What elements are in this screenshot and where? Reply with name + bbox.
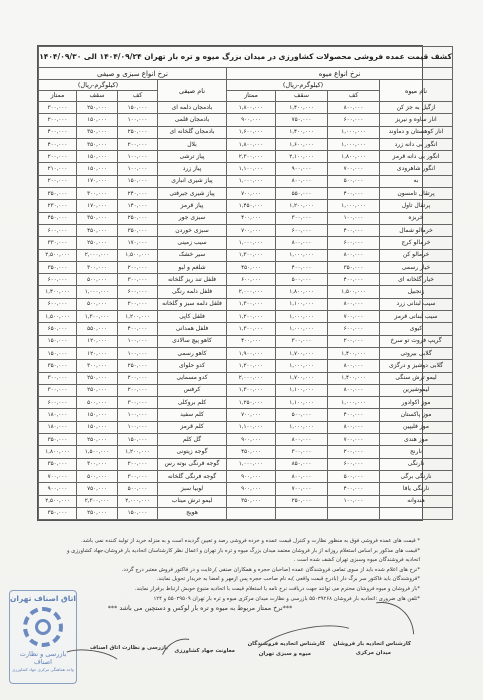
veg-ceiling-cell: ۱,۵۰۰,۰۰۰ [77, 446, 118, 458]
fruit-premium-cell: ۱,۸۰۰,۰۰۰ [227, 138, 276, 150]
veg-ceiling-cell: ۲۵۰,۰۰۰ [77, 384, 118, 396]
veg-name-cell: کاهو رسمی [158, 347, 227, 359]
fruit-premium-cell: ۴۵۰,۰۰۰ [227, 261, 276, 273]
veg-ceiling-cell: ۵۰۰,۰۰۰ [77, 274, 118, 286]
footnote: *تلفن های ضروری :اتحادیه بار فروشان ۵۵۰۳… [40, 595, 420, 605]
veg-name-cell: کلم سفید [158, 409, 227, 421]
fruit-ceiling-cell: ۱,۷۰۰,۰۰۰ [276, 347, 328, 359]
fruit-premium-cell [227, 507, 276, 519]
fruit-ceiling-cell: ۷۰۰,۰۰۰ [276, 483, 328, 495]
fruit-premium-cell: ۱,۱۰۰,۰۰۰ [227, 421, 276, 433]
veg-name-cell: لیمو ترش میناب [158, 495, 227, 507]
table-row: گلابی دوشیز و درگزی۸۰۰,۰۰۰۱,۰۰۰,۰۰۰۱,۲۰۰… [39, 360, 453, 372]
fruit-name-cell: گلابی بیروتی [380, 347, 453, 359]
footnote: *بار فروشان و میوه فروشان محترم می توانن… [40, 585, 420, 595]
fruit-ceiling-cell: ۱,۰۰۰,۰۰۰ [276, 311, 328, 323]
fruit-premium-cell: ۹۰۰,۰۰۰ [227, 434, 276, 446]
fruit-floor-cell: ۸۰۰,۰۰۰ [328, 102, 380, 114]
veg-premium-cell: ۲,۵۰۰,۰۰۰ [39, 495, 77, 507]
veg-premium-cell: ۱,۵۰۰,۰۰۰ [39, 311, 77, 323]
veg-floor-cell: ۲,۰۰۰,۰۰۰ [118, 495, 158, 507]
fruit-ceiling-cell: ۱,۱۰۰,۰۰۰ [276, 397, 328, 409]
fruit-floor-cell: ۴۰۰,۰۰۰ [328, 483, 380, 495]
fruit-floor-cell: ۳۵۰,۰۰۰ [328, 261, 380, 273]
fruit-premium-cell: ۱,۰۰۰,۰۰۰ [227, 175, 276, 187]
veg-premium-cell: ۳۵۰,۰۰۰ [39, 360, 77, 372]
veg-name-cell: گوجه فرنگی بوته رس [158, 458, 227, 470]
fruit-premium-cell: ۱,۴۵۰,۰۰۰ [227, 200, 276, 212]
veg-floor-cell: ۳۰۰,۰۰۰ [118, 397, 158, 409]
fruit-name-cell: پرتقال تامسون [380, 188, 453, 200]
fruit-premium-cell: ۷۰۰,۰۰۰ [227, 409, 276, 421]
fruit-premium-cell: ۱,۲۰۰,۰۰۰ [227, 360, 276, 372]
veg-ceiling-cell: ۱,۰۰۰,۰۰۰ [77, 286, 118, 298]
table-row: خرمالو کن۸۰۰,۰۰۰۱,۰۰۰,۰۰۰۱,۳۰۰,۰۰۰سیر خش… [39, 249, 453, 261]
fruit-premium-cell: ۷۰۰,۰۰۰ [227, 224, 276, 236]
veg-ceiling-cell: ۷۵۰,۰۰۰ [77, 483, 118, 495]
veg-premium-cell: ۱۸۰,۰۰۰ [39, 421, 77, 433]
veg-ceiling-cell: ۱۵۰,۰۰۰ [77, 163, 118, 175]
veg-premium-cell: ۴۵۰,۰۰۰ [39, 212, 77, 224]
fruit-floor-cell: ۸۰۰,۰۰۰ [328, 360, 380, 372]
table-row: سیب لبنانی قرمز۷۰۰,۰۰۰۱,۰۰۰,۰۰۰۱,۲۰۰,۰۰۰… [39, 311, 453, 323]
veg-floor-cell: ۵۰۰,۰۰۰ [118, 483, 158, 495]
veg-floor-cell: ۳۵۰,۰۰۰ [118, 224, 158, 236]
veg-premium-cell: ۳۵۰,۰۰۰ [39, 434, 77, 446]
veg-premium-cell: ۳۵۰,۰۰۰ [39, 458, 77, 470]
fruit-name-cell: انگور بی دانه زرد [380, 138, 453, 150]
table-row: به۵۰۰,۰۰۰۸۰۰,۰۰۰۱,۰۰۰,۰۰۰پیاز شیری انبار… [39, 175, 453, 187]
veg-floor-cell: ۲۵۰,۰۰۰ [118, 360, 158, 372]
fruit-ceiling-cell: ۳۰۰,۰۰۰ [276, 446, 328, 458]
signature-scribble [155, 632, 207, 681]
fruit-floor-cell: ۶۰۰,۰۰۰ [328, 323, 380, 335]
veg-name-cell: بادمجان دلمه ای [158, 102, 227, 114]
veg-premium-cell: ۶۰۰,۰۰۰ [39, 298, 77, 310]
table-row: ازگیل به جز کن۸۰۰,۰۰۰۱,۴۰۰,۰۰۰۱,۸۰۰,۰۰۰ب… [39, 102, 453, 114]
veg-floor-cell: ۲۰۰,۰۰۰ [118, 384, 158, 396]
veg-name-cell: سیر خشک [158, 249, 227, 261]
veg-ceiling-cell: ۱۲۰,۰۰۰ [77, 347, 118, 359]
fruit-ceiling-cell: ۵۰۰,۰۰۰ [276, 274, 328, 286]
veg-name-cell: کاهو پیچ سالادی [158, 335, 227, 347]
fruit-name-cell: به [380, 175, 453, 187]
fruit-name-cell: کیوی [380, 323, 453, 335]
table-row: خرمالو کرج۶۰۰,۰۰۰۸۰۰,۰۰۰۱,۰۰۰,۰۰۰سیب زمی… [39, 237, 453, 249]
veg-floor-cell: ۲۰۰,۰۰۰ [118, 138, 158, 150]
veg-ceiling-cell: ۳۵۰,۰۰۰ [77, 138, 118, 150]
fruit-floor-cell: ۱,۰۰۰,۰۰۰ [328, 200, 380, 212]
veg-floor-cell: ۶۰۰,۰۰۰ [118, 286, 158, 298]
fruit-premium-cell: ۱,۱۰۰,۰۰۰ [227, 163, 276, 175]
fruit-ceiling-cell: ۱,۰۰۰,۰۰۰ [276, 360, 328, 372]
fruit-floor-cell: ۷۰۰,۰۰۰ [328, 163, 380, 175]
footnote: اتحادیه فروشندگان میوه وسبزی تهران کشف ش… [40, 556, 420, 566]
veg-name-cell: سبزی جور [158, 212, 227, 224]
fruit-ceiling-cell: ۸۵۰,۰۰۰ [276, 458, 328, 470]
fruit-floor-cell: ۶۰۰,۰۰۰ [328, 458, 380, 470]
fruit-floor-cell: ۲۰۰,۰۰۰ [328, 335, 380, 347]
fruit-floor-cell: ۱,۰۰۰,۰۰۰ [328, 126, 380, 138]
fruit-name-cell: موز هندی [380, 434, 453, 446]
fruit-floor-cell: ۱,۸۰۰,۰۰۰ [328, 151, 380, 163]
veg-name-cell: گوجه فرنگی گلخانه [158, 470, 227, 482]
veg-floor-cell: ۱۵۰,۰۰۰ [118, 175, 158, 187]
veg-premium-cell: ۶۰۰,۰۰۰ [39, 224, 77, 236]
veg-ceiling-cell: ۳۰۰,۰۰۰ [77, 458, 118, 470]
fruit-floor-cell: ۴۰۰,۰۰۰ [328, 188, 380, 200]
veg-ceiling-cell: ۴۵۰,۰۰۰ [77, 224, 118, 236]
veg-section-title: نرخ انواع سبزی و صیفی [39, 68, 227, 80]
gear-logo-icon [23, 607, 63, 647]
fruit-name-cell: نارنج [380, 446, 453, 458]
veg-floor-cell: ۲۴۰,۰۰۰ [118, 188, 158, 200]
fruit-floor-cell: ۸۰۰,۰۰۰ [328, 298, 380, 310]
fruit-name-cell: موز پاکستان [380, 409, 453, 421]
veg-floor-cell: ۱,۵۰۰,۰۰۰ [118, 249, 158, 261]
stamp-title: اتاق اصناف تهران [10, 594, 76, 603]
fruit-name-cell: انگور شاهرودی [380, 163, 453, 175]
veg-name-cell: لوبیا سبز [158, 483, 227, 495]
fruit-premium-cell: ۱,۲۰۰,۰۰۰ [227, 311, 276, 323]
table-row: خیار گلخانه ای۴۰۰,۰۰۰۵۰۰,۰۰۰۶۰۰,۰۰۰فلفل … [39, 274, 453, 286]
fruit-premium-cell: ۱,۶۰۰,۰۰۰ [227, 126, 276, 138]
table-row: خربزه۱۰۰,۰۰۰۳۰۰,۰۰۰۴۰۰,۰۰۰سبزی جور۲۵۰,۰۰… [39, 212, 453, 224]
veg-name-cell: پیاز شیری انباری [158, 175, 227, 187]
table-row: نارنگی یافا۴۰۰,۰۰۰۷۰۰,۰۰۰۹۰۰,۰۰۰لوبیا سب… [39, 483, 453, 495]
veg-name-cell: پیاز شیری جیرفتی [158, 188, 227, 200]
price-table: کشف قیمت عمده فروشی محصولات کشاورزی در م… [37, 45, 423, 521]
veg-premium-cell: ۳۳۰,۰۰۰ [39, 237, 77, 249]
veg-ceiling-cell: ۱,۳۰۰,۰۰۰ [77, 311, 118, 323]
veg-premium-cell: ۶۵۰,۰۰۰ [39, 323, 77, 335]
fruit-unit-label: (کیلوگرم-ریال) [227, 80, 380, 91]
fruit-floor-cell: ۱,۰۰۰,۰۰۰ [328, 138, 380, 150]
veg-name-cell: سیب زمینی [158, 237, 227, 249]
veg-ceiling-cell: ۲۵۰,۰۰۰ [77, 372, 118, 384]
veg-floor-header: کف [118, 91, 158, 102]
fruit-name-cell [380, 507, 453, 519]
fruit-ceiling-cell: ۱,۰۰۰,۰۰۰ [276, 249, 328, 261]
fruit-name-cell: نارنگی یافا [380, 483, 453, 495]
table-row: موز فلیپین۸۰۰,۰۰۰۱,۰۰۰,۰۰۰۱,۱۰۰,۰۰۰کلم ق… [39, 421, 453, 433]
veg-premium-cell: ۷۰۰,۰۰۰ [39, 470, 77, 482]
veg-floor-cell: ۲۵۰,۰۰۰ [118, 126, 158, 138]
veg-premium-cell: ۳۰۰,۰۰۰ [39, 372, 77, 384]
veg-premium-cell: ۱,۸۰۰,۰۰۰ [39, 446, 77, 458]
document-page: کشف قیمت عمده فروشی محصولات کشاورزی در م… [0, 0, 483, 700]
fruit-premium-cell: ۲,۰۰۰,۰۰۰ [227, 372, 276, 384]
veg-floor-cell: ۱۴۰,۰۰۰ [118, 200, 158, 212]
table-row: خیار رسمی۳۵۰,۰۰۰۴۰۰,۰۰۰۴۵۰,۰۰۰شلغم و لبو… [39, 261, 453, 273]
veg-floor-cell: ۱۰۰,۰۰۰ [118, 114, 158, 126]
veg-floor-cell: ۱۰۰,۰۰۰ [118, 421, 158, 433]
fruit-name-cell: انگور بی دانه قرمز [380, 151, 453, 163]
veg-floor-cell: ۱۰۰,۰۰۰ [118, 335, 158, 347]
fruit-name-cell: انار کوهستان و دماوند [380, 126, 453, 138]
fruit-name-cell: زنجبیل [380, 286, 453, 298]
table-row: انگور بی دانه قرمز۱,۸۰۰,۰۰۰۲,۱۰۰,۰۰۰۲,۳۰… [39, 151, 453, 163]
veg-floor-cell: ۱,۲۰۰,۰۰۰ [118, 311, 158, 323]
fruit-name-cell: خیار گلخانه ای [380, 274, 453, 286]
veg-name-cell: پیاز زرد [158, 163, 227, 175]
fruit-name-cell: گریپ فروت تو سرخ [380, 335, 453, 347]
fruit-premium-cell: ۱,۳۰۰,۰۰۰ [227, 384, 276, 396]
veg-premium-cell: ۱,۴۰۰,۰۰۰ [39, 286, 77, 298]
veg-ceiling-cell: ۵۰۰,۰۰۰ [77, 397, 118, 409]
veg-name-cell: فلفل دلمه سبز و گلخانه [158, 298, 227, 310]
veg-ceiling-cell: ۳۵۰,۰۰۰ [77, 126, 118, 138]
fruit-premium-cell: ۲,۰۰۰,۰۰۰ [227, 286, 276, 298]
fruit-floor-cell: ۱,۴۰۰,۰۰۰ [328, 347, 380, 359]
veg-ceiling-cell: ۱۲۰,۰۰۰ [77, 335, 118, 347]
fruit-floor-cell: ۷۰۰,۰۰۰ [328, 434, 380, 446]
veg-premium-cell: ۴۰۰,۰۰۰ [39, 126, 77, 138]
footnote: *نرخ های اعلام شده باید از سوی تمامی فرو… [40, 566, 420, 576]
fruit-premium-cell: ۱,۰۰۰,۰۰۰ [227, 458, 276, 470]
veg-name-cell: فلفل کاپی [158, 311, 227, 323]
table-row: لیموشیرین۸۰۰,۰۰۰۱,۱۰۰,۰۰۰۱,۳۰۰,۰۰۰کرفس۲۰… [39, 384, 453, 396]
veg-premium-cell: ۴۰۰,۰۰۰ [39, 138, 77, 150]
veg-floor-cell: ۱۷۰,۰۰۰ [118, 237, 158, 249]
fruit-premium-cell: ۱,۹۰۰,۰۰۰ [227, 347, 276, 359]
stamp-small-text: واحد هماهنگی مرکزی جهاد کشاورزی [10, 667, 76, 672]
fruit-premium-cell: ۴۰۰,۰۰۰ [227, 212, 276, 224]
veg-ceiling-cell: ۵۰۰,۰۰۰ [77, 298, 118, 310]
veg-floor-cell: ۱۰۰,۰۰۰ [118, 163, 158, 175]
fruit-name-cell: موز فلیپین [380, 421, 453, 433]
fruit-ceiling-cell: ۱,۸۰۰,۰۰۰ [276, 286, 328, 298]
veg-ceiling-cell: ۱۷۰,۰۰۰ [77, 200, 118, 212]
veg-floor-cell: ۱,۲۰۰,۰۰۰ [118, 446, 158, 458]
veg-premium-cell: ۹۰۰,۰۰۰ [39, 483, 77, 495]
table-row: پرتقال تاول۱,۰۰۰,۰۰۰۱,۲۰۰,۰۰۰۱,۴۵۰,۰۰۰پی… [39, 200, 453, 212]
fruit-ceiling-cell: ۷۵۰,۰۰۰ [276, 114, 328, 126]
fruit-name-cell: سیب لبنانی قرمز [380, 311, 453, 323]
veg-ceiling-cell: ۱۵۰,۰۰۰ [77, 409, 118, 421]
fruit-name-cell: نارنگی [380, 458, 453, 470]
veg-premium-cell: ۱۵۰,۰۰۰ [39, 335, 77, 347]
table-row: خرمالو شمال۴۰۰,۰۰۰۶۰۰,۰۰۰۷۰۰,۰۰۰سبزی خور… [39, 224, 453, 236]
footnote: *قیمت های مذکور بر اساس استعلام روزانه ا… [40, 547, 420, 557]
table-row: پرتقال تامسون۴۰۰,۰۰۰۵۵۰,۰۰۰۷۰۰,۰۰۰پیاز ش… [39, 188, 453, 200]
fruit-floor-cell: ۲۰۰,۰۰۰ [328, 446, 380, 458]
fruit-ceiling-cell: ۵۵۰,۰۰۰ [276, 188, 328, 200]
veg-floor-cell: ۱۰۰,۰۰۰ [118, 151, 158, 163]
veg-floor-cell: ۱۵۰,۰۰۰ [118, 507, 158, 519]
veg-name-cell: شلغم و لبو [158, 261, 227, 273]
fruit-premium-cell: ۱,۳۰۰,۰۰۰ [227, 298, 276, 310]
veg-name-cell: فلفل همدانی [158, 323, 227, 335]
fruit-ceiling-header: سقف [276, 91, 328, 102]
fruit-floor-cell: ۴۰۰,۰۰۰ [328, 224, 380, 236]
fruit-ceiling-cell: ۸۰۰,۰۰۰ [276, 470, 328, 482]
fruit-premium-cell: ۱,۳۰۰,۰۰۰ [227, 249, 276, 261]
veg-floor-cell: ۲۵۰,۰۰۰ [118, 212, 158, 224]
veg-name-cell: بادمجان گلخانه ای [158, 126, 227, 138]
table-row: موز هندی۷۰۰,۰۰۰۸۰۰,۰۰۰۹۰۰,۰۰۰گل کلم۱۵۰,۰… [39, 434, 453, 446]
veg-name-cell: فلفل تند ریز گلخانه [158, 274, 227, 286]
fruit-name-cell: لیموشیرین [380, 384, 453, 396]
veg-name-cell: کدو مسمایی [158, 372, 227, 384]
table-row: نارنگی۶۰۰,۰۰۰۸۵۰,۰۰۰۱,۰۰۰,۰۰۰گوجه فرنگی … [39, 458, 453, 470]
table-row: انگور بی دانه زرد۱,۰۰۰,۰۰۰۱,۶۰۰,۰۰۰۱,۸۰۰… [39, 138, 453, 150]
fruit-ceiling-cell: ۸۰۰,۰۰۰ [276, 175, 328, 187]
veg-premium-cell: ۳۵۰,۰۰۰ [39, 507, 77, 519]
fruit-name-header: نام میوه [380, 80, 453, 102]
veg-premium-cell: ۳۵۰,۰۰۰ [39, 261, 77, 273]
fruit-ceiling-cell: ۱,۰۰۰,۰۰۰ [276, 323, 328, 335]
veg-name-cell: هویج [158, 507, 227, 519]
fruit-floor-header: کف [328, 91, 380, 102]
fruit-premium-cell: ۴۰۰,۰۰۰ [227, 335, 276, 347]
veg-floor-cell: ۲۰۰,۰۰۰ [118, 372, 158, 384]
veg-name-cell: گوجه زیتونی [158, 446, 227, 458]
table-row: هندوانه۱۰۰,۰۰۰۲۵۰,۰۰۰۳۵۰,۰۰۰لیمو ترش مین… [39, 495, 453, 507]
fruit-floor-cell: ۵۰۰,۰۰۰ [328, 175, 380, 187]
table-row: انگور شاهرودی۷۰۰,۰۰۰۹۰۰,۰۰۰۱,۱۰۰,۰۰۰پیاز… [39, 163, 453, 175]
fruit-ceiling-cell: ۵۰۰,۰۰۰ [276, 409, 328, 421]
fruit-floor-cell: ۸۰۰,۰۰۰ [328, 384, 380, 396]
fruit-floor-cell [328, 507, 380, 519]
veg-premium-cell: ۲۰۰,۰۰۰ [39, 114, 77, 126]
veg-ceiling-cell: ۱۵۰,۰۰۰ [77, 114, 118, 126]
table-row: سیب لبنانی زرد۸۰۰,۰۰۰۱,۱۰۰,۰۰۰۱,۳۰۰,۰۰۰ف… [39, 298, 453, 310]
veg-ceiling-cell: ۱۷۰,۰۰۰ [77, 175, 118, 187]
fruit-ceiling-cell [276, 507, 328, 519]
veg-ceiling-cell: ۳۰۰,۰۰۰ [77, 360, 118, 372]
table-row: انار ساوه و نیریز۶۰۰,۰۰۰۷۵۰,۰۰۰۹۰۰,۰۰۰با… [39, 114, 453, 126]
veg-name-cell: سبزی خوردن [158, 224, 227, 236]
fruit-ceiling-cell: ۱,۶۰۰,۰۰۰ [276, 138, 328, 150]
fruit-ceiling-cell: ۸۰۰,۰۰۰ [276, 434, 328, 446]
veg-floor-cell: ۱۰۰,۰۰۰ [118, 409, 158, 421]
footnote: * قیمت های عمده فروشی فوق به منظور نظارت… [40, 537, 420, 547]
veg-ceiling-cell: ۲,۰۰۰,۰۰۰ [77, 249, 118, 261]
veg-ceiling-cell: ۲۵۰,۰۰۰ [77, 102, 118, 114]
veg-premium-header: ممتاز [39, 91, 77, 102]
veg-name-cell: فلفل دلمه رنگی [158, 286, 227, 298]
fruit-name-cell: لیمو ترش سنگی [380, 372, 453, 384]
fruit-floor-cell: ۴۰۰,۰۰۰ [328, 409, 380, 421]
veg-floor-cell: ۲۰۰,۰۰۰ [118, 261, 158, 273]
veg-name-cell: کلم قرمز [158, 421, 227, 433]
fruit-floor-cell: ۸۰۰,۰۰۰ [328, 421, 380, 433]
table-row: موز اکوادور۱,۰۰۰,۰۰۰۱,۱۰۰,۰۰۰۱,۲۵۰,۰۰۰کل… [39, 397, 453, 409]
veg-ceiling-cell: ۳۵۰,۰۰۰ [77, 212, 118, 224]
fruit-floor-cell: ۱۰۰,۰۰۰ [328, 495, 380, 507]
table-row: هویج۱۵۰,۰۰۰۲۵۰,۰۰۰۳۵۰,۰۰۰ [39, 507, 453, 519]
veg-ceiling-cell: ۲۵۰,۰۰۰ [77, 507, 118, 519]
fruit-ceiling-cell: ۴۰۰,۰۰۰ [276, 261, 328, 273]
veg-name-cell: پیاز قرمز [158, 200, 227, 212]
table-row: موز پاکستان۴۰۰,۰۰۰۵۰۰,۰۰۰۷۰۰,۰۰۰کلم سفید… [39, 409, 453, 421]
veg-premium-cell: ۱۸۰,۰۰۰ [39, 409, 77, 421]
veg-floor-cell: ۴۰۰,۰۰۰ [118, 323, 158, 335]
veg-ceiling-cell: ۲,۳۰۰,۰۰۰ [77, 495, 118, 507]
fruit-floor-cell: ۱,۴۰۰,۰۰۰ [328, 372, 380, 384]
fruit-name-cell: ازگیل به جز کن [380, 102, 453, 114]
fruit-ceiling-cell: ۳۰۰,۰۰۰ [276, 212, 328, 224]
fruit-premium-cell: ۱,۳۰۰,۰۰۰ [227, 323, 276, 335]
veg-ceiling-cell: ۱۵۰,۰۰۰ [77, 151, 118, 163]
fruit-ceiling-cell: ۲۵۰,۰۰۰ [276, 495, 328, 507]
fruit-name-cell: موز اکوادور [380, 397, 453, 409]
veg-premium-cell: ۲۳۰,۰۰۰ [39, 200, 77, 212]
fruit-name-cell: نارنگی برگی [380, 470, 453, 482]
table-row: نارنگی برگی۵۰۰,۰۰۰۸۰۰,۰۰۰۹۰۰,۰۰۰گوجه فرن… [39, 470, 453, 482]
fruit-section-title: نرخ انواع میوه [227, 68, 453, 80]
fruit-floor-cell: ۴۰۰,۰۰۰ [328, 274, 380, 286]
fruit-ceiling-cell: ۳۰۰,۰۰۰ [276, 335, 328, 347]
fruit-floor-cell: ۵۰۰,۰۰۰ [328, 470, 380, 482]
fruit-premium-cell: ۴۵۰,۰۰۰ [227, 446, 276, 458]
fruit-ceiling-cell: ۱,۱۰۰,۰۰۰ [276, 384, 328, 396]
veg-ceiling-cell: ۵۰۰,۰۰۰ [77, 470, 118, 482]
fruit-ceiling-cell: ۲,۱۰۰,۰۰۰ [276, 151, 328, 163]
fruit-premium-cell: ۳۵۰,۰۰۰ [227, 495, 276, 507]
veg-name-cell: پیاز ترشی [158, 151, 227, 163]
veg-ceiling-header: سقف [77, 91, 118, 102]
veg-name-cell: کرفس [158, 384, 227, 396]
footnote: *فروشندگان باید فاکتور سر برگ دار (بادرج… [40, 575, 420, 585]
table-row: کیوی۶۰۰,۰۰۰۱,۰۰۰,۰۰۰۱,۳۰۰,۰۰۰فلفل همدانی… [39, 323, 453, 335]
fruit-name-cell: پرتقال تاول [380, 200, 453, 212]
fruit-floor-cell: ۸۰۰,۰۰۰ [328, 249, 380, 261]
fruit-floor-cell: ۷۰۰,۰۰۰ [328, 311, 380, 323]
veg-premium-cell: ۲۰۰,۰۰۰ [39, 151, 77, 163]
fruit-premium-cell: ۷۰۰,۰۰۰ [227, 188, 276, 200]
veg-floor-cell: ۱۵۰,۰۰۰ [118, 102, 158, 114]
fruit-premium-cell: ۱,۰۰۰,۰۰۰ [227, 237, 276, 249]
fruit-ceiling-cell: ۱,۴۰۰,۰۰۰ [276, 102, 328, 114]
fruit-name-cell: گلابی دوشیز و درگزی [380, 360, 453, 372]
fruit-premium-cell: ۱,۸۰۰,۰۰۰ [227, 102, 276, 114]
veg-ceiling-cell: ۱۵۰,۰۰۰ [77, 421, 118, 433]
table-row: لیمو ترش سنگی۱,۴۰۰,۰۰۰۱,۷۰۰,۰۰۰۲,۰۰۰,۰۰۰… [39, 372, 453, 384]
veg-floor-cell: ۳۰۰,۰۰۰ [118, 274, 158, 286]
fruit-ceiling-cell: ۸۰۰,۰۰۰ [276, 237, 328, 249]
fruit-floor-cell: ۶۰۰,۰۰۰ [328, 114, 380, 126]
fruit-name-cell: خربزه [380, 212, 453, 224]
table-row: زنجبیل۱,۵۰۰,۰۰۰۱,۸۰۰,۰۰۰۲,۰۰۰,۰۰۰فلفل دل… [39, 286, 453, 298]
veg-ceiling-cell: ۵۵۰,۰۰۰ [77, 323, 118, 335]
veg-ceiling-cell: ۳۰۰,۰۰۰ [77, 188, 118, 200]
veg-premium-cell: ۳۰۰,۰۰۰ [39, 102, 77, 114]
fruit-premium-cell: ۲,۳۰۰,۰۰۰ [227, 151, 276, 163]
fruit-floor-cell: ۱,۵۰۰,۰۰۰ [328, 286, 380, 298]
fruit-ceiling-cell: ۶۰۰,۰۰۰ [276, 224, 328, 236]
veg-unit-label: (کیلوگرم-ریال) [39, 80, 158, 91]
veg-premium-cell: ۶۰۰,۰۰۰ [39, 274, 77, 286]
veg-premium-cell: ۶۰۰,۰۰۰ [39, 397, 77, 409]
veg-ceiling-cell: ۲۵۰,۰۰۰ [77, 237, 118, 249]
fruit-ceiling-cell: ۱,۰۰۰,۰۰۰ [276, 421, 328, 433]
veg-premium-cell: ۳۵۰,۰۰۰ [39, 188, 77, 200]
guild-chamber-stamp: اتاق اصناف تهران بازرسی و نظارت اصناف وا… [9, 590, 77, 684]
fruit-premium-cell: ۹۰۰,۰۰۰ [227, 470, 276, 482]
veg-premium-cell: ۲۱۰,۰۰۰ [39, 163, 77, 175]
fruit-name-cell: هندوانه [380, 495, 453, 507]
veg-premium-cell: ۳۰۰,۰۰۰ [39, 384, 77, 396]
fruit-floor-cell: ۱۰۰,۰۰۰ [328, 212, 380, 224]
fruit-name-cell: خرمالو کن [380, 249, 453, 261]
veg-floor-cell: ۳۰۰,۰۰۰ [118, 470, 158, 482]
fruit-ceiling-cell: ۹۰۰,۰۰۰ [276, 163, 328, 175]
fruit-premium-cell: ۱,۲۵۰,۰۰۰ [227, 397, 276, 409]
fruit-ceiling-cell: ۱,۱۰۰,۰۰۰ [276, 298, 328, 310]
veg-name-cell: بادمجان قلمی [158, 114, 227, 126]
